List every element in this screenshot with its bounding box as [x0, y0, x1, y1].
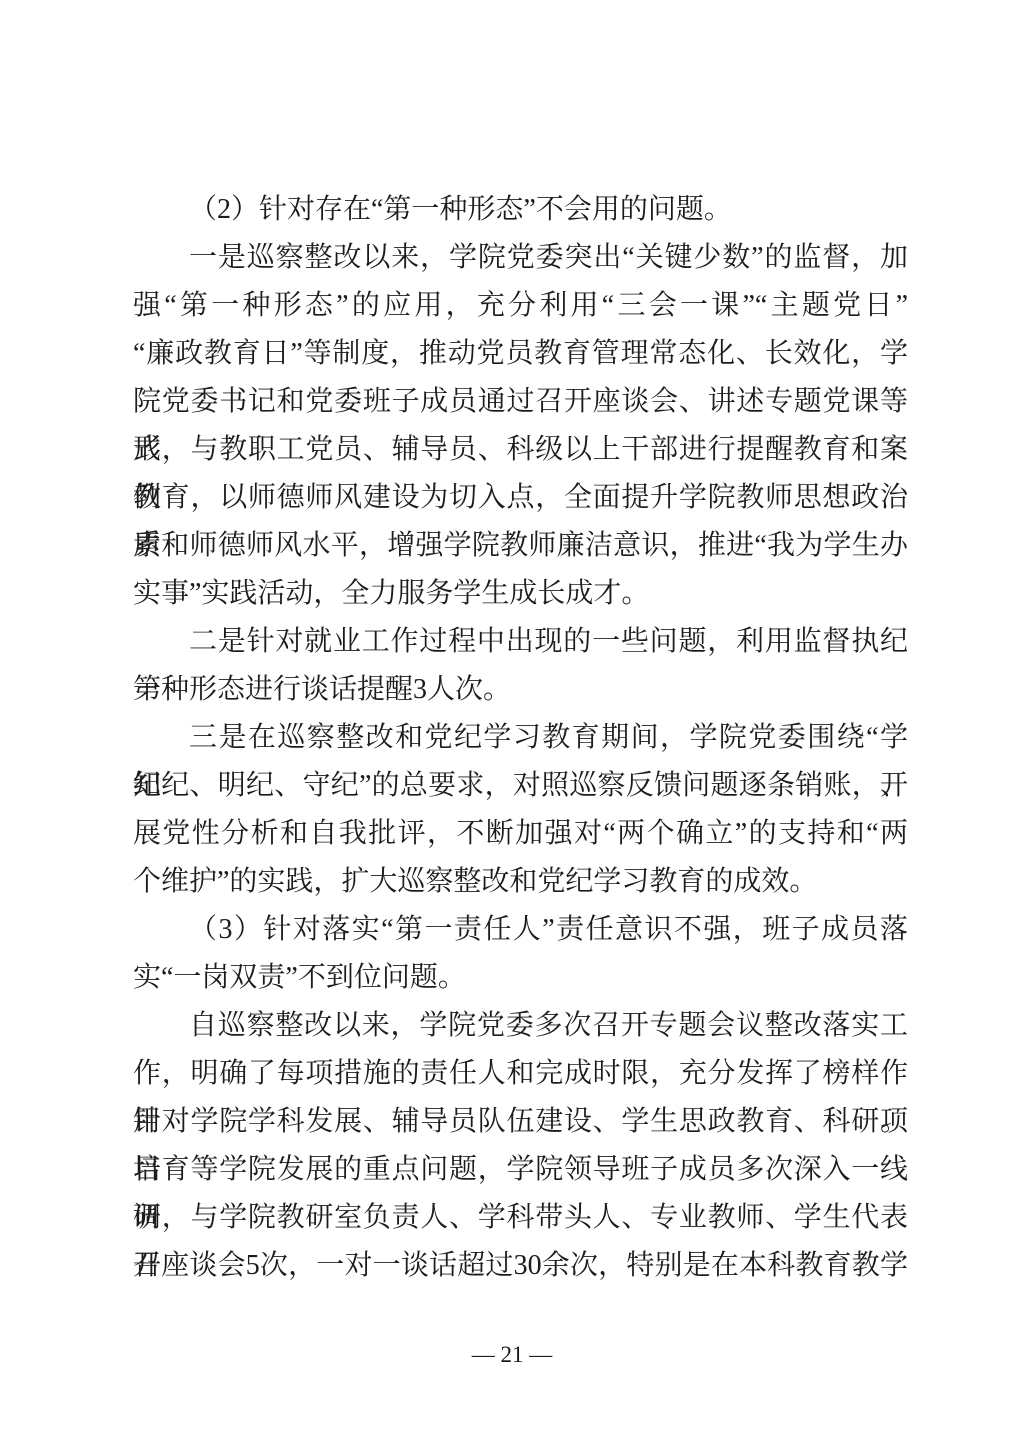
text-line: 教育，以师德师风建设为切入点，全面提升学院教师思想政治素 [133, 474, 908, 522]
text-line: 式，与教职工党员、辅导员、科级以上干部进行提醒教育和案例 [133, 426, 908, 474]
text-line: 个维护”的实践，扩大巡察整改和党纪学习教育的成效。 [133, 858, 908, 906]
text-line: 实“一岗双责”不到位问题。 [133, 954, 908, 1002]
text-line: 实事”实践活动，全力服务学生成长成才。 [133, 570, 908, 618]
text-line: 强“第一种形态”的应用，充分利用“三会一课”“主题党日” [133, 282, 908, 330]
text-line: 质和师德师风水平，增强学院教师廉洁意识，推进“我为学生办 [133, 522, 908, 570]
text-line: “廉政教育日”等制度，推动党员教育管理常态化、长效化，学 [133, 330, 908, 378]
text-line: 展党性分析和自我批评，不断加强对“两个确立”的支持和“两 [133, 810, 908, 858]
text-line: 自巡察整改以来，学院党委多次召开专题会议整改落实工 [133, 1002, 908, 1050]
text-line: 作，明确了每项措施的责任人和完成时限，充分发挥了榜样作用。 [133, 1050, 908, 1098]
text-line: 二是针对就业工作过程中出现的一些问题，利用监督执纪第 [133, 618, 908, 666]
text-line: （3）针对落实“第一责任人”责任意识不强，班子成员落 [133, 906, 908, 954]
text-line: 开座谈会5次，一对一谈话超过30余次，特别是在本科教育教学 [133, 1242, 908, 1290]
text-line: 培育等学院发展的重点问题，学院领导班子成员多次深入一线调 [133, 1146, 908, 1194]
text-line: 院党委书记和党委班子成员通过召开座谈会、讲述专题党课等形 [133, 378, 908, 426]
document-body: （2）针对存在“第一种形态”不会用的问题。一是巡察整改以来，学院党委突出“关键少… [133, 186, 908, 1290]
text-line: 三是在巡察整改和党纪学习教育期间，学院党委围绕“学纪、 [133, 714, 908, 762]
text-line: 研，与学院教研室负责人、学科带头人、专业教师、学生代表召 [133, 1194, 908, 1242]
text-line: 知纪、明纪、守纪”的总要求，对照巡察反馈问题逐条销账，开 [133, 762, 908, 810]
text-line: 一是巡察整改以来，学院党委突出“关键少数”的监督，加 [133, 234, 908, 282]
page-number: — 21 — [472, 1342, 553, 1367]
text-line: 一种形态进行谈话提醒3人次。 [133, 666, 908, 714]
document-page: （2）针对存在“第一种形态”不会用的问题。一是巡察整改以来，学院党委突出“关键少… [0, 0, 1024, 1448]
page-footer: — 21 — [0, 1340, 1024, 1370]
text-line: 针对学院学科发展、辅导员队伍建设、学生思政教育、科研项目 [133, 1098, 908, 1146]
text-line: （2）针对存在“第一种形态”不会用的问题。 [133, 186, 908, 234]
